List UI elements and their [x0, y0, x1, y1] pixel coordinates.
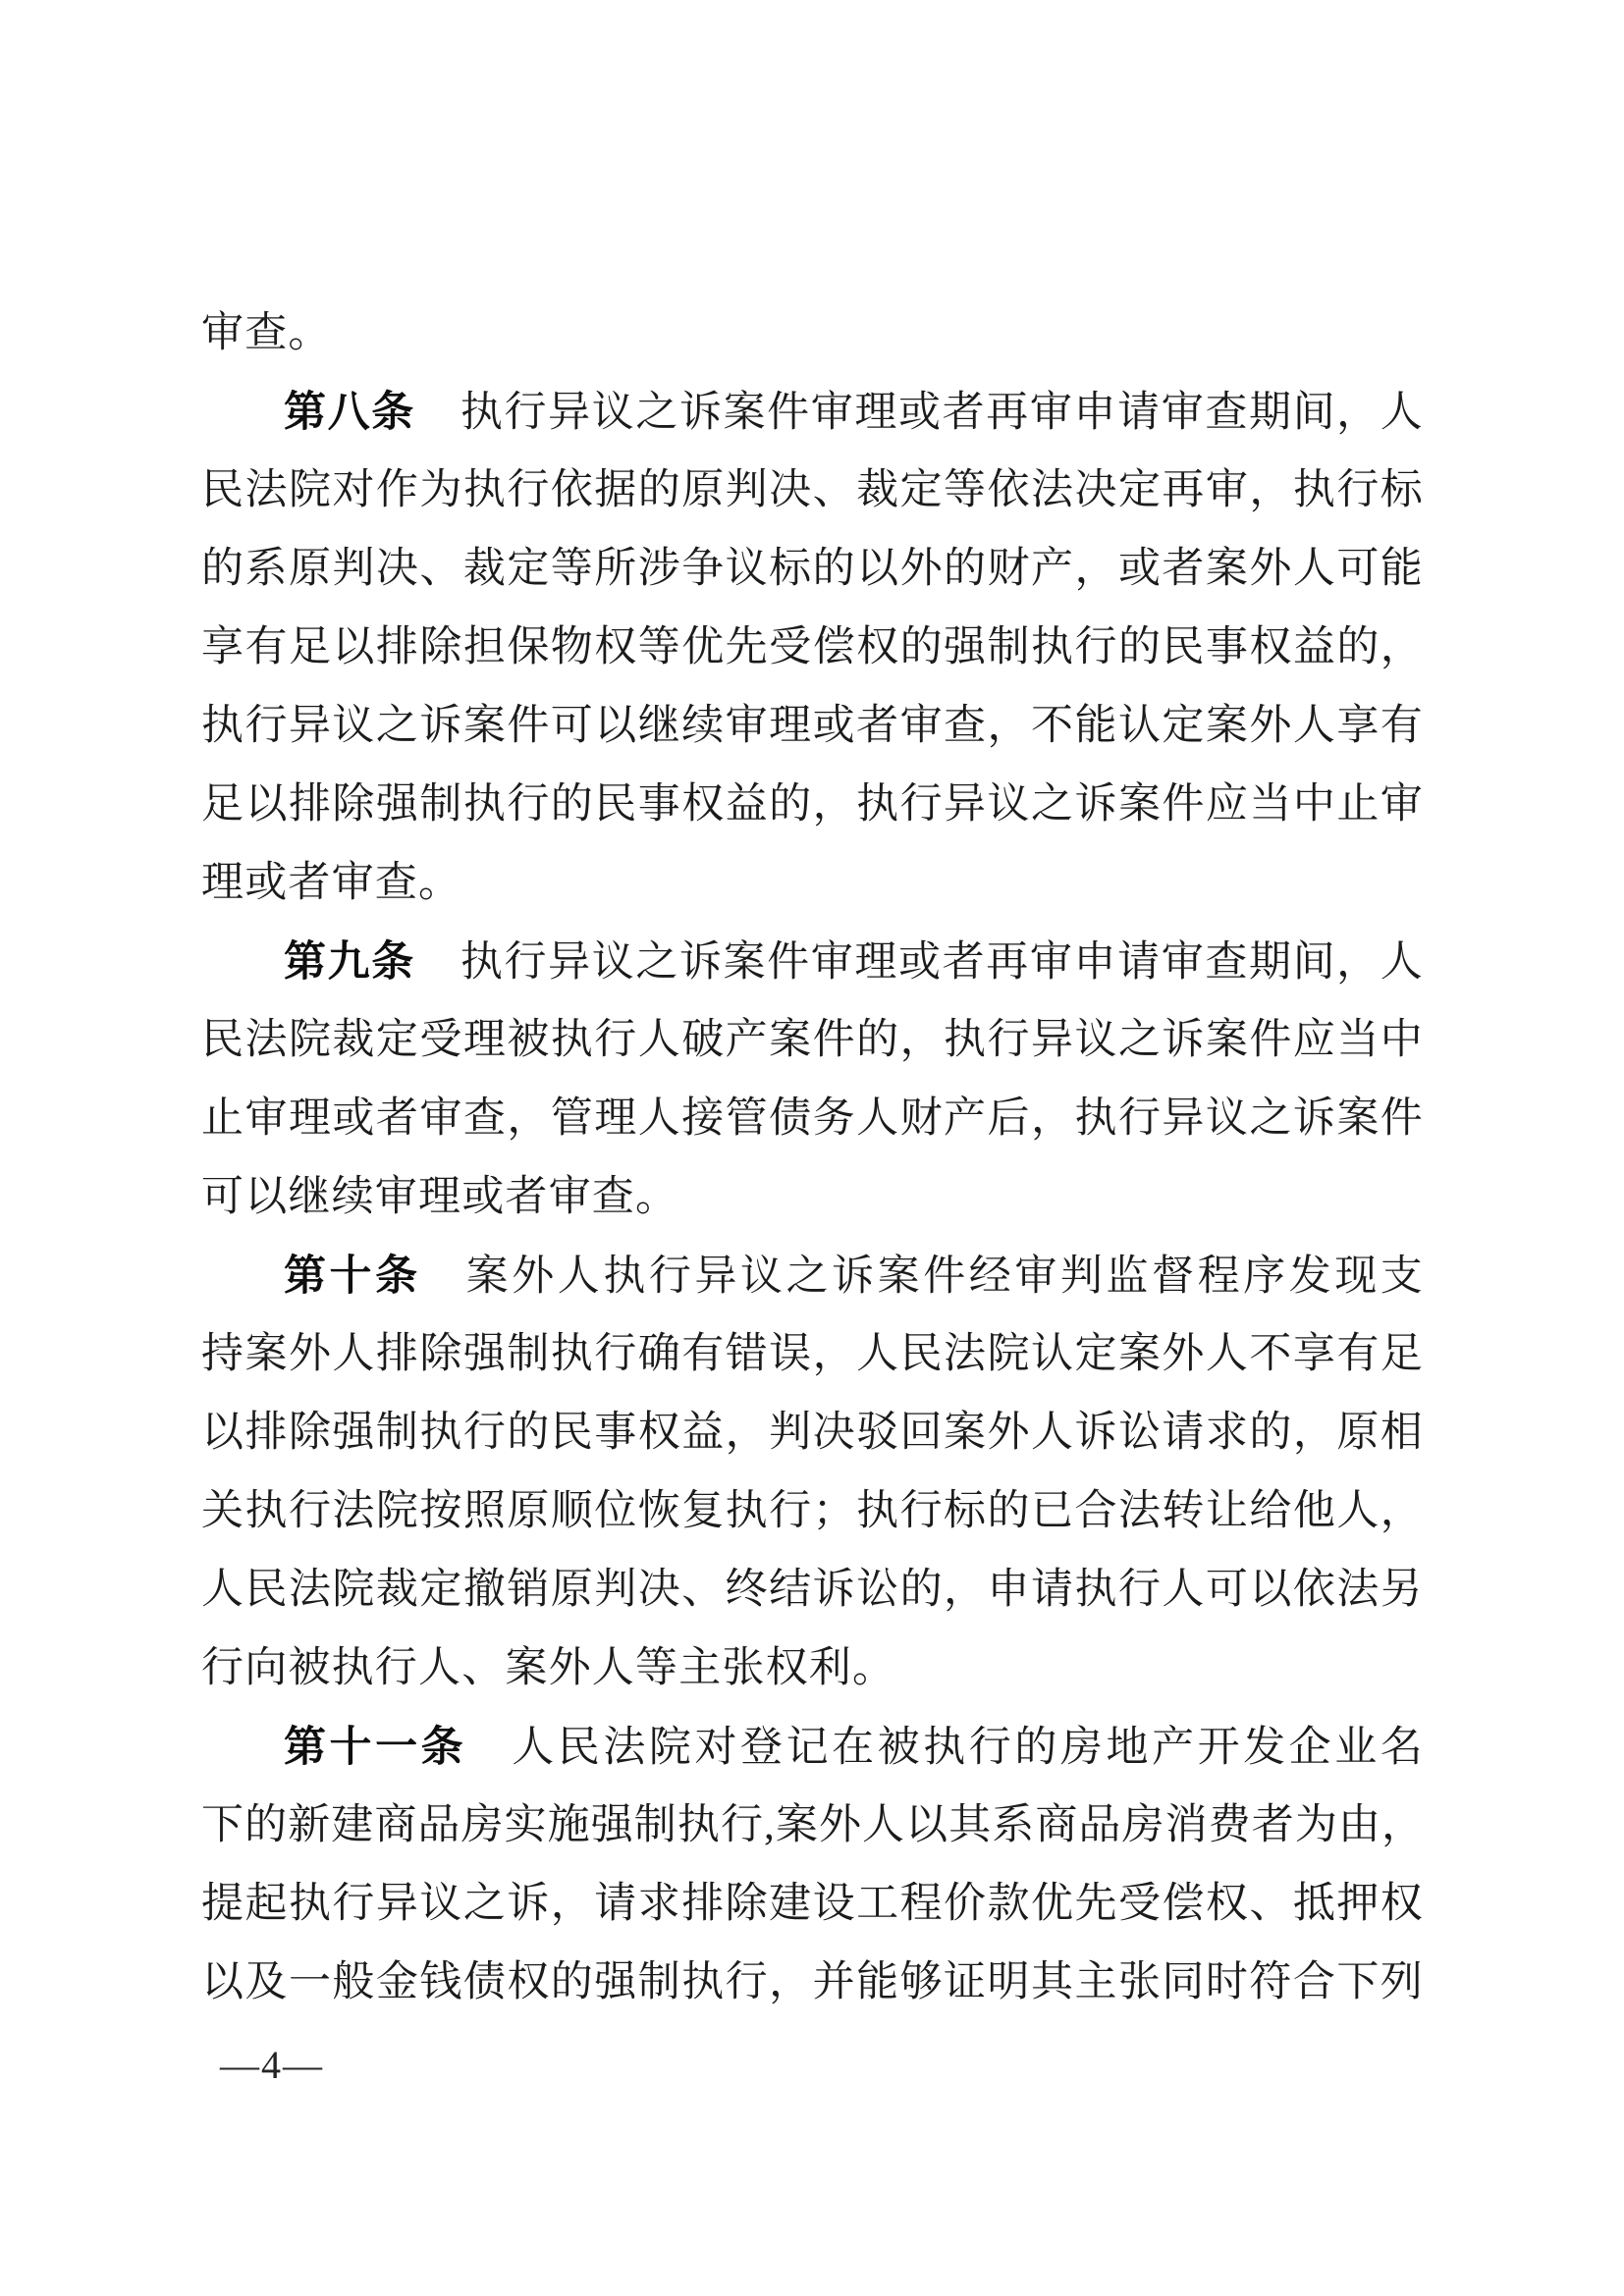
text-line: 的系原判决、裁定等所涉争议标的以外的财产，或者案外人可能 [201, 530, 1424, 609]
line-text: 可以继续审理或者审查。 [201, 1174, 678, 1220]
article-number: 第十条 [284, 1253, 421, 1300]
line-text: 下的新建商品房实施强制执行,案外人以其系商品房消费者为由， [201, 1802, 1424, 1848]
text-line: 下的新建商品房实施强制执行,案外人以其系商品房消费者为由， [201, 1787, 1424, 1865]
text-line: 足以排除强制执行的民事权益的，执行异议之诉案件应当中止审 [201, 766, 1424, 844]
text-line: 执行异议之诉案件可以继续审理或者审查，不能认定案外人享有 [201, 687, 1424, 766]
article-9-heading-line: 第九条执行异议之诉案件审理或者再审申请审查期间，人 [201, 923, 1424, 1001]
text-line: 享有足以排除担保物权等优先受偿权的强制执行的民事权益的， [201, 609, 1424, 687]
article-11-heading-line: 第十一条人民法院对登记在被执行的房地产开发企业名 [201, 1708, 1424, 1787]
line-text: 审查。 [201, 310, 332, 356]
line-text: 享有足以排除担保物权等优先受偿权的强制执行的民事权益的， [201, 624, 1424, 670]
line-text: 理或者审查。 [201, 860, 461, 906]
article-8-heading-line: 第八条执行异议之诉案件审理或者再审申请审查期间，人 [201, 373, 1424, 452]
line-text: 民法院裁定受理被执行人破产案件的，执行异议之诉案件应当中 [201, 1017, 1424, 1063]
text-line: 止审理或者审查，管理人接管债务人财产后，执行异议之诉案件 [201, 1080, 1424, 1158]
line-text: 执行异议之诉案件审理或者再审申请审查期间，人 [460, 390, 1424, 436]
line-text: 执行异议之诉案件可以继续审理或者审查，不能认定案外人享有 [201, 703, 1424, 749]
document-body: 审查。 第八条执行异议之诉案件审理或者再审申请审查期间，人 民法院对作为执行依据… [201, 294, 1424, 2022]
line-text: 关执行法院按照原顺位恢复执行；执行标的已合法转让给他人， [201, 1488, 1424, 1534]
article-number: 第九条 [284, 938, 415, 986]
line-text: 人民法院对登记在被执行的房地产开发企业名 [512, 1725, 1424, 1771]
line-text: 的系原判决、裁定等所涉争议标的以外的财产，或者案外人可能 [201, 546, 1424, 592]
article-number: 第十一条 [284, 1724, 466, 1771]
line-text: 以及一般金钱债权的强制执行，并能够证明其主张同时符合下列 [201, 1959, 1424, 2005]
text-line: 民法院对作为执行依据的原判决、裁定等依法决定再审，执行标 [201, 452, 1424, 530]
line-text: 行向被执行人、案外人等主张权利。 [201, 1645, 895, 1691]
text-line: 以及一般金钱债权的强制执行，并能够证明其主张同时符合下列 [201, 1944, 1424, 2022]
text-line: 行向被执行人、案外人等主张权利。 [201, 1629, 1424, 1708]
text-line: 持案外人排除强制执行确有错误，人民法院认定案外人不享有足 [201, 1315, 1424, 1394]
page-number: —4— [220, 2044, 324, 2087]
line-text: 案外人执行异议之诉案件经审判监督程序发现支 [466, 1254, 1424, 1300]
text-line: 人民法院裁定撤销原判决、终结诉讼的，申请执行人可以依法另 [201, 1551, 1424, 1629]
line-text: 人民法院裁定撤销原判决、终结诉讼的，申请执行人可以依法另 [201, 1567, 1424, 1613]
article-10-heading-line: 第十条案外人执行异议之诉案件经审判监督程序发现支 [201, 1237, 1424, 1315]
text-line: 关执行法院按照原顺位恢复执行；执行标的已合法转让给他人， [201, 1472, 1424, 1551]
line-text: 持案外人排除强制执行确有错误，人民法院认定案外人不享有足 [201, 1331, 1424, 1377]
line-text: 足以排除强制执行的民事权益的，执行异议之诉案件应当中止审 [201, 781, 1424, 828]
line-text: 止审理或者审查，管理人接管债务人财产后，执行异议之诉案件 [201, 1095, 1424, 1142]
text-line: 民法院裁定受理被执行人破产案件的，执行异议之诉案件应当中 [201, 1001, 1424, 1080]
line-text: 以排除强制执行的民事权益，判决驳回案外人诉讼请求的，原相 [201, 1410, 1424, 1456]
text-line: 可以继续审理或者审查。 [201, 1158, 1424, 1237]
text-line: 理或者审查。 [201, 844, 1424, 923]
text-line: 以排除强制执行的民事权益，判决驳回案外人诉讼请求的，原相 [201, 1394, 1424, 1472]
line-text: 民法院对作为执行依据的原判决、裁定等依法决定再审，执行标 [201, 467, 1424, 513]
text-line: 提起执行异议之诉，请求排除建设工程价款优先受偿权、抵押权 [201, 1865, 1424, 1944]
line-text: 提起执行异议之诉，请求排除建设工程价款优先受偿权、抵押权 [201, 1881, 1424, 1927]
line-text: 执行异议之诉案件审理或者再审申请审查期间，人 [460, 939, 1424, 986]
text-line: 审查。 [201, 294, 1424, 373]
document-page: 审查。 第八条执行异议之诉案件审理或者再审申请审查期间，人 民法院对作为执行依据… [0, 0, 1624, 2296]
article-number: 第八条 [284, 389, 415, 436]
